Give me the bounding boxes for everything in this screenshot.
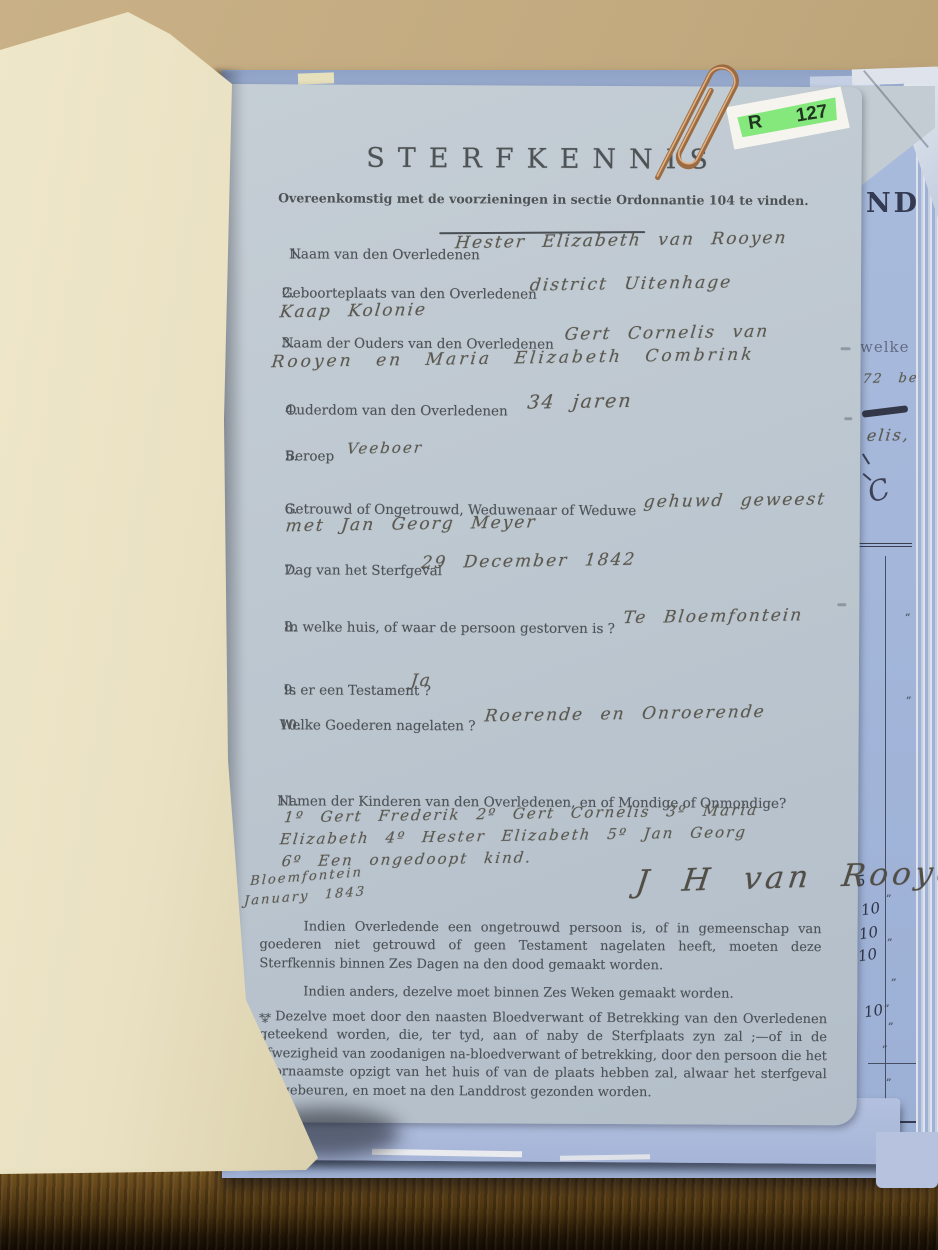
footnote-3: ⁂Dezelve moet door den naasten Bloedverw… [259,1008,827,1103]
ditto-mark: „ [888,1014,894,1027]
ditto-mark: „ [906,688,912,701]
amount-value: 10 [863,1001,885,1022]
ink-bleed-mark [841,347,851,350]
answer-name-of-deceased: Hester Elizabeth van Rooyen [454,228,788,253]
ditto-mark: „ [886,1070,892,1083]
under-page-handwriting: elis, [866,425,911,445]
answer-birthplace: district Uitenhage [529,272,733,295]
ink-bleed-mark [837,603,846,606]
paper-tab [298,72,334,84]
table-double-rule [856,543,912,547]
footnote-1: Indien Overledende een ongetrouwd persoo… [259,918,821,976]
ink-bleed-mark [844,417,852,420]
answer-children-line2: Elizabeth 4º Hester Elizabeth 5º Jan Geo… [279,823,748,848]
answer-children-line3: 6º Een ongedoopt kind. [281,848,533,870]
ink-mark [862,453,870,464]
under-sheet [876,1132,938,1188]
answer-age: 34 jaren [526,390,634,414]
sterfkennis-form: STERFKENNIS Overeenkomstig met de voorzi… [221,84,862,1125]
handwriting-flourish: C [863,471,894,509]
form-subtitle: Overeenkomstig met de voorzieningen in s… [225,190,861,208]
amount-value: 10 [860,899,882,920]
asterism-marker: ⁂ [259,1008,271,1025]
answer-death-date: 29 December 1842 [420,550,637,573]
answer-testament: Ja [410,671,433,691]
answer-death-place: Te Bloemfontein [622,605,804,628]
answer-goods: Roerende en Onroerende [484,702,767,726]
ditto-mark: „ [887,930,893,943]
ditto-mark: „ [882,1037,888,1050]
under-page-word-fragment: welke [860,338,909,356]
amount-value: 10 [857,945,879,966]
answer-occupation: Veeboer [346,438,424,457]
scratched-out-word [862,405,909,418]
table-column-rule [885,556,886,1154]
form-title: STERFKENNIS [226,142,862,176]
answer-parents: Gert Cornelis van [564,322,771,345]
label-number: 127 [794,100,829,127]
amount-value: 10 [858,923,880,944]
answer-birthplace-line2: Kaap Kolonie [279,300,428,322]
ditto-mark: „ [905,605,911,618]
ditto-mark: „ [891,970,897,983]
answer-marital-status-line2: met Jan Georg Meyer [285,512,538,536]
photo-scene: ND. welke 72 bedoelde elis, C 5 10 10 10… [0,0,938,1250]
page-edges [916,74,938,1170]
ditto-mark: „ [884,996,890,1009]
footnote-2: Indien anders, dezelve moet binnen Zes W… [259,983,821,1004]
answer-marital-status: gehuwd geweest [643,489,827,512]
